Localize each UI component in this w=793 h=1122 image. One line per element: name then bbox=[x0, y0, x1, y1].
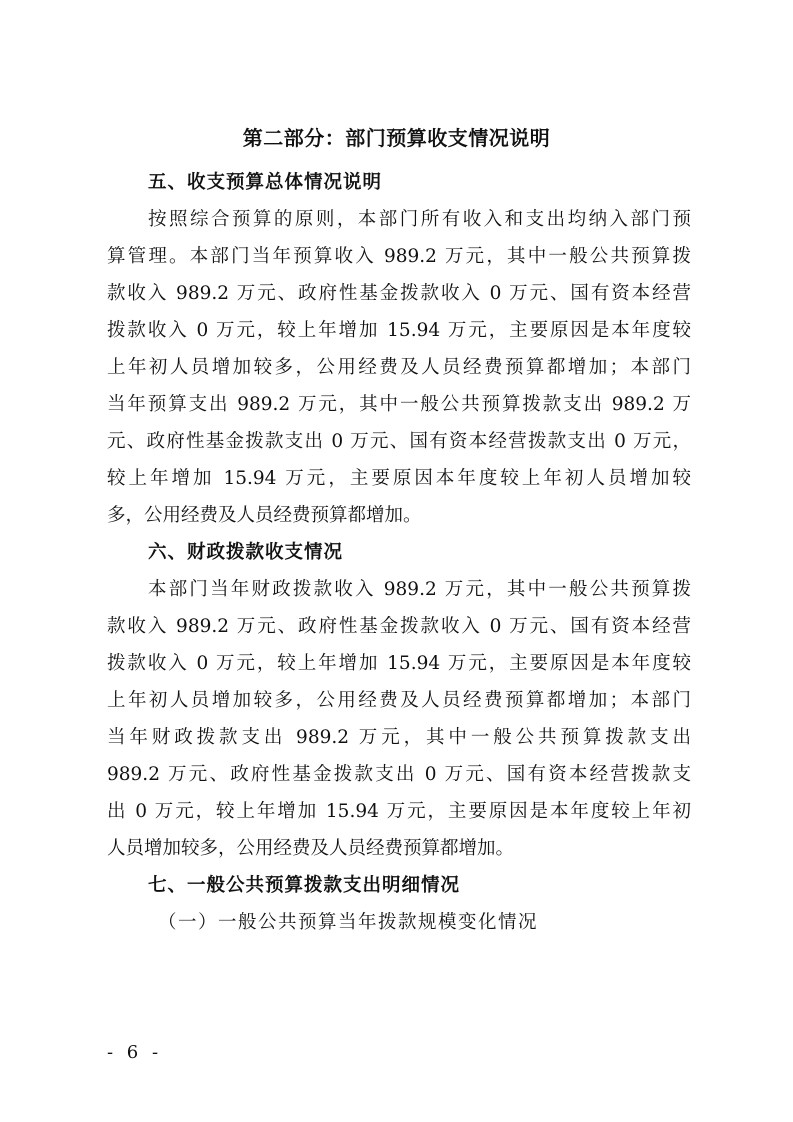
paragraph-line: 拨款收入 0 万元，较上年增加 15.94 万元，主要原因是本年度较 bbox=[107, 316, 691, 342]
page-number: - 6 - bbox=[107, 1042, 162, 1063]
paragraph-line: 出 0 万元，较上年增加 15.94 万元，主要原因是本年度较上年初 bbox=[107, 797, 691, 823]
paragraph-line: 上年初人员增加较多，公用经费及人员经费预算都增加；本部门 bbox=[107, 353, 691, 379]
paragraph-line: 当年预算支出 989.2 万元，其中一般公共预算拨款支出 989.2 万 bbox=[107, 390, 691, 416]
paragraph-line: 多，公用经费及人员经费预算都增加。 bbox=[107, 501, 691, 527]
paragraph-line: 人员增加较多，公用经费及人员经费预算都增加。 bbox=[107, 834, 691, 860]
paragraph-line: 算管理。本部门当年预算收入 989.2 万元，其中一般公共预算拨 bbox=[107, 242, 691, 268]
paragraph-line: 上年初人员增加较多，公用经费及人员经费预算都增加；本部门 bbox=[107, 686, 691, 712]
paragraph-line: 989.2 万元、政府性基金拨款支出 0 万元、国有资本经营拨款支 bbox=[107, 760, 691, 786]
paragraph-line: 本部门当年财政拨款收入 989.2 万元，其中一般公共预算拨 bbox=[148, 575, 691, 601]
section-heading-five: 五、收支预算总体情况说明 bbox=[148, 168, 382, 194]
section-heading-seven: 七、一般公共预算拨款支出明细情况 bbox=[148, 871, 460, 897]
subsection-heading: （一）一般公共预算当年拨款规模变化情况 bbox=[158, 908, 538, 934]
paragraph-line: 款收入 989.2 万元、政府性基金拨款收入 0 万元、国有资本经营 bbox=[107, 279, 691, 305]
paragraph-line: 款收入 989.2 万元、政府性基金拨款收入 0 万元、国有资本经营 bbox=[107, 612, 691, 638]
paragraph-line: 较上年增加 15.94 万元，主要原因本年度较上年初人员增加较 bbox=[107, 464, 691, 490]
paragraph-line: 拨款收入 0 万元，较上年增加 15.94 万元，主要原因是本年度较 bbox=[107, 649, 691, 675]
page-title: 第二部分：部门预算收支情况说明 bbox=[0, 122, 793, 151]
paragraph-line: 当年财政拨款支出 989.2 万元，其中一般公共预算拨款支出 bbox=[107, 723, 691, 749]
section-heading-six: 六、财政拨款收支情况 bbox=[148, 538, 343, 564]
document-page: 第二部分：部门预算收支情况说明 五、收支预算总体情况说明 按照综合预算的原则，本… bbox=[0, 0, 793, 1122]
paragraph-line: 元、政府性基金拨款支出 0 万元、国有资本经营拨款支出 0 万元， bbox=[107, 427, 691, 453]
paragraph-line: 按照综合预算的原则，本部门所有收入和支出均纳入部门预 bbox=[148, 205, 691, 231]
